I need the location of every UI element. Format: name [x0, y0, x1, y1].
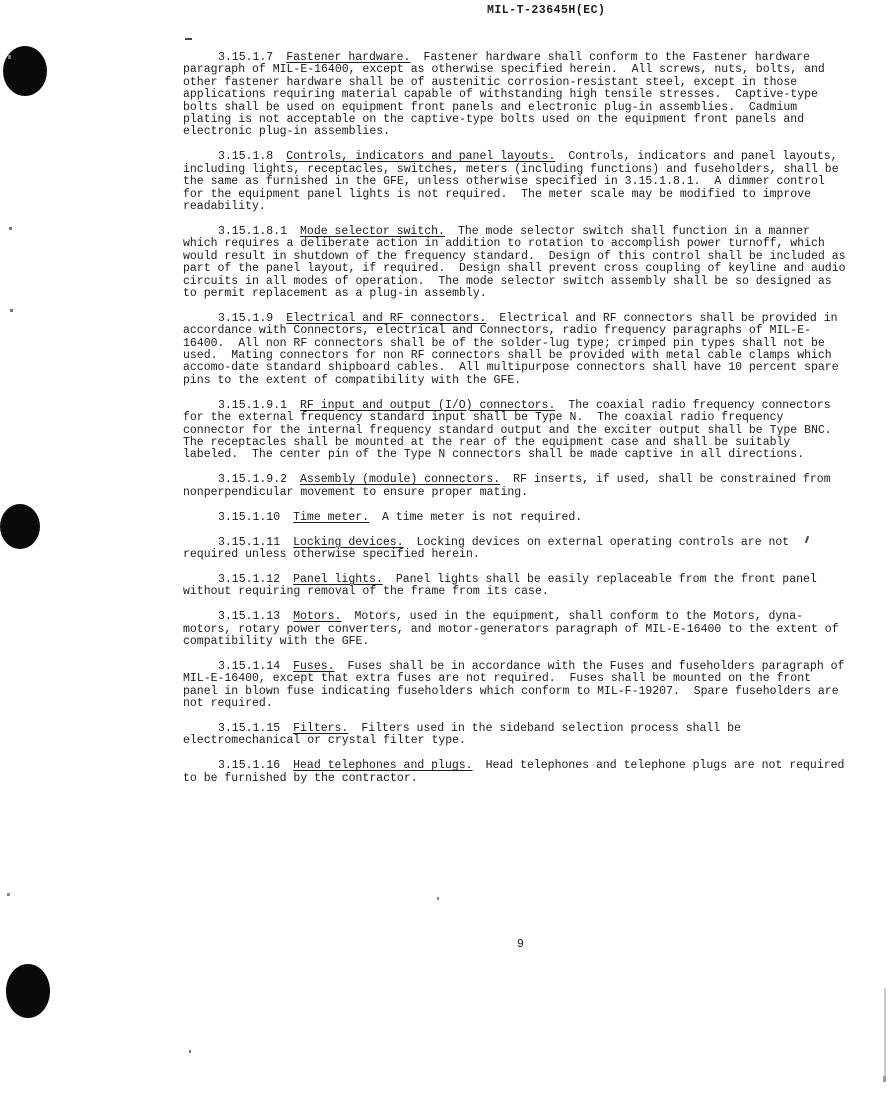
spec-paragraph: 3.15.1.8.1Mode selector switch.The mode …	[183, 226, 849, 300]
paragraph-number: 3.15.1.10	[218, 511, 280, 524]
paragraph-title: Fuses.	[293, 660, 334, 673]
paragraph-number: 3.15.1.9	[218, 312, 273, 325]
paragraph-title: Electrical and RF connectors.	[286, 312, 486, 325]
spec-paragraph: 3.15.1.16Head telephones and plugs.Head …	[183, 760, 849, 785]
spec-paragraph: 3.15.1.13Motors.Motors, used in the equi…	[183, 611, 849, 648]
spec-paragraph: 3.15.1.9.2Assembly (module) connectors.R…	[183, 474, 849, 499]
paragraph-title: RF input and output (I/O) connectors.	[300, 399, 555, 412]
paragraph-title: Locking devices.	[293, 536, 403, 549]
scan-speck	[9, 227, 12, 230]
paragraph-list: 3.15.1.7Fastener hardware.Fastener hardw…	[183, 52, 849, 798]
spec-paragraph: 3.15.1.9.1RF input and output (I/O) conn…	[183, 400, 849, 462]
paragraph-body: Head telephones and telephone plugs are …	[183, 759, 851, 784]
paragraph-body: Fuses shall be in accordance with the Fu…	[183, 660, 851, 710]
scan-speck	[185, 38, 192, 40]
paragraph-number: 3.15.1.8.1	[218, 225, 287, 238]
scan-speck	[8, 55, 11, 59]
scan-speck	[189, 1050, 191, 1053]
paragraph-title: Panel lights.	[293, 573, 383, 586]
document-id-header: MIL-T-23645H(EC)	[487, 4, 605, 17]
spec-paragraph: 3.15.1.12Panel lights.Panel lights shall…	[183, 574, 849, 599]
paragraph-body: Fastener hardware shall conform to the F…	[183, 51, 832, 138]
paragraph-title: Motors.	[293, 610, 341, 623]
scan-speck	[883, 1076, 886, 1082]
paragraph-number: 3.15.1.12	[218, 573, 280, 586]
paragraph-title: Time meter.	[293, 511, 369, 524]
paragraph-body: A time meter is not required.	[382, 511, 582, 524]
spec-paragraph: 3.15.1.10Time meter.A time meter is not …	[183, 512, 849, 524]
paragraph-title: Fastener hardware.	[286, 51, 410, 64]
punch-hole-icon	[6, 964, 50, 1018]
spec-paragraph: 3.15.1.14Fuses.Fuses shall be in accorda…	[183, 661, 849, 711]
spec-paragraph: 3.15.1.7Fastener hardware.Fastener hardw…	[183, 52, 849, 139]
paragraph-body: Motors, used in the equipment, shall con…	[183, 610, 846, 648]
spec-paragraph: 3.15.1.8Controls, indicators and panel l…	[183, 151, 849, 213]
scan-edge-line	[884, 988, 886, 1076]
spec-paragraph: 3.15.1.11Locking devices.Locking devices…	[183, 537, 849, 562]
paragraph-number: 3.15.1.14	[218, 660, 280, 673]
paragraph-number: 3.15.1.16	[218, 759, 280, 772]
paragraph-number: 3.15.1.9.1	[218, 399, 287, 412]
paragraph-title: Controls, indicators and panel layouts.	[286, 150, 555, 163]
scanned-document-page: MIL-T-23645H(EC) 3.15.1.7Fastener hardwa…	[0, 0, 890, 1100]
page-number: 9	[517, 938, 524, 951]
paragraph-number: 3.15.1.9.2	[218, 473, 287, 486]
paragraph-number: 3.15.1.7	[218, 51, 273, 64]
spec-paragraph: 3.15.1.15Filters.Filters used in the sid…	[183, 723, 849, 748]
paragraph-number: 3.15.1.15	[218, 722, 280, 735]
spec-paragraph: 3.15.1.9Electrical and RF connectors.Ele…	[183, 313, 849, 387]
paragraph-number: 3.15.1.13	[218, 610, 280, 623]
paragraph-number: 3.15.1.8	[218, 150, 273, 163]
paragraph-number: 3.15.1.11	[218, 536, 280, 549]
paragraph-body: Electrical and RF connectors shall be pr…	[183, 312, 846, 387]
scan-speck	[437, 897, 439, 900]
paragraph-title: Head telephones and plugs.	[293, 759, 472, 772]
paragraph-title: Filters.	[293, 722, 348, 735]
paragraph-title: Assembly (module) connectors.	[300, 473, 500, 486]
scan-speck	[10, 309, 13, 312]
scan-speck	[7, 893, 10, 896]
punch-hole-icon	[3, 46, 47, 96]
paragraph-title: Mode selector switch.	[300, 225, 445, 238]
punch-hole-icon	[0, 504, 40, 549]
